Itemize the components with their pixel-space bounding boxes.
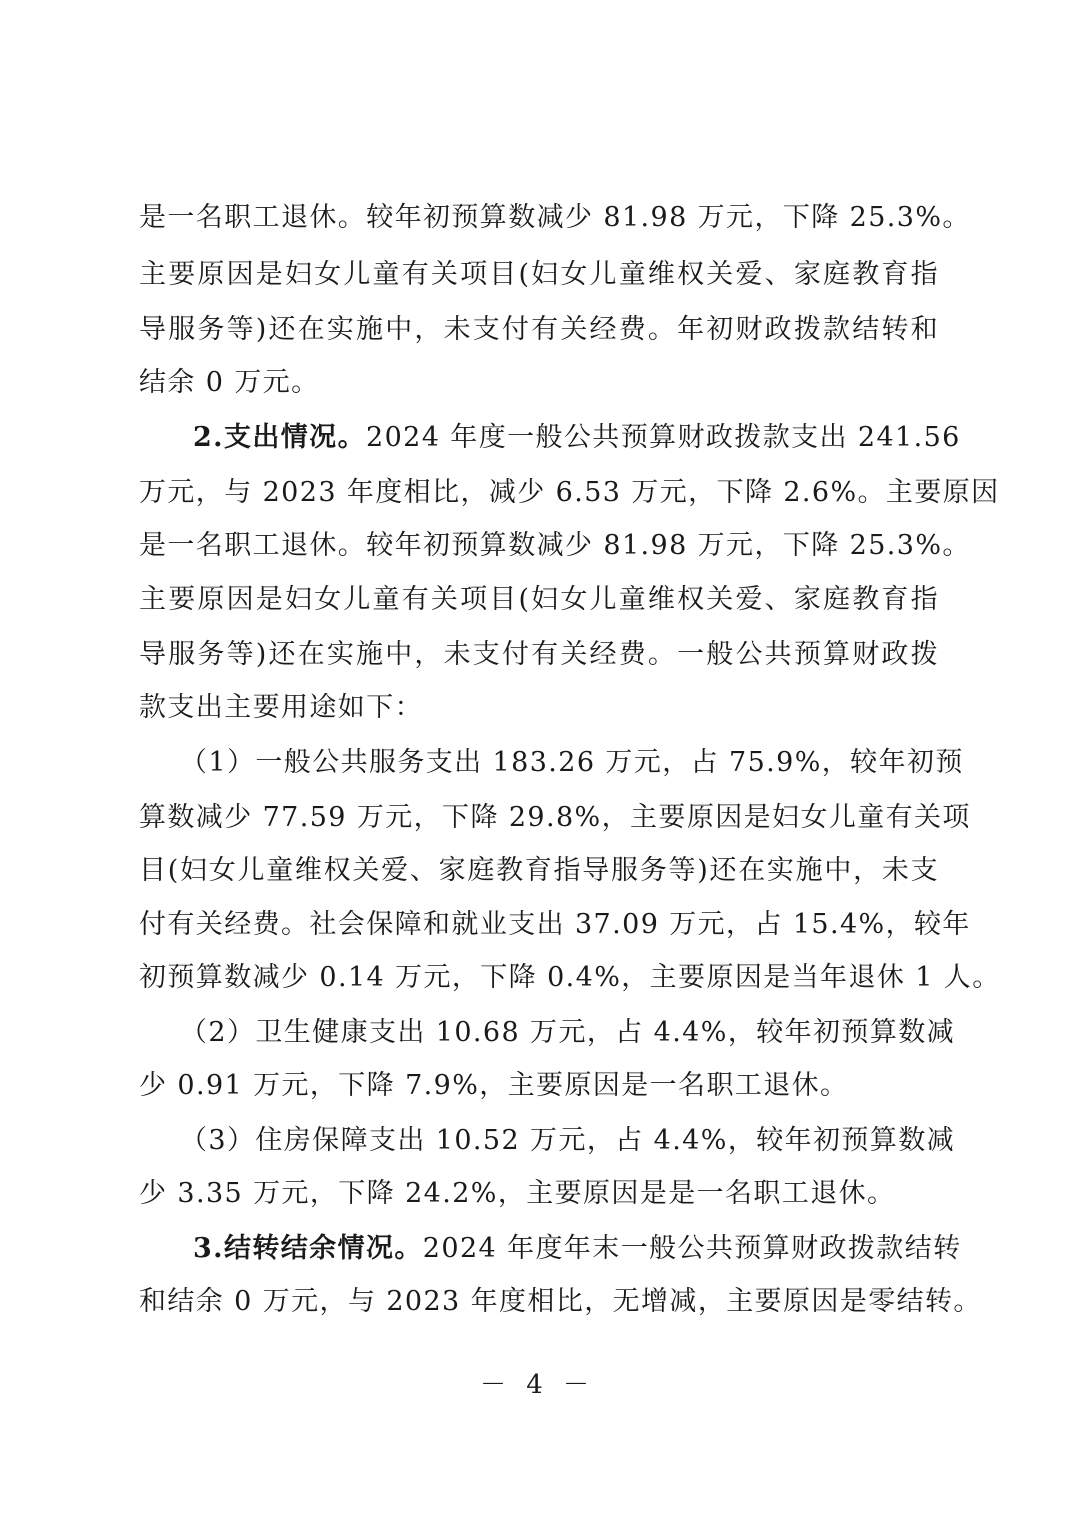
item-1-first-line: （1）一般公共服务支出 183.26 万元，占 75.9%，较年初预: [180, 745, 939, 781]
paragraph-line: 初预算数减少 0.14 万元，下降 0.4%，主要原因是当年退休 1 人。: [139, 960, 939, 996]
section-3-heading: 3.结转结余情况。: [193, 1233, 423, 1264]
section-3-text: 2024 年度年末一般公共预算财政拨款结转: [423, 1233, 962, 1264]
paragraph-line: 付有关经费。社会保障和就业支出 37.09 万元，占 15.4%，较年: [139, 907, 939, 943]
section-3-first-line: 3.结转结余情况。2024 年度年末一般公共预算财政拨款结转: [193, 1231, 939, 1267]
paragraph-line: 是一名职工退休。较年初预算数减少 81.98 万元，下降 25.3%。: [139, 200, 939, 236]
section-2-heading: 2.支出情况。: [193, 422, 366, 453]
paragraph-line: 结余 0 万元。: [139, 365, 939, 401]
paragraph-line: 导服务等)还在实施中，未支付有关经费。一般公共预算财政拨: [139, 637, 939, 673]
paragraph-line: 算数减少 77.59 万元，下降 29.8%，主要原因是妇女儿童有关项: [139, 800, 939, 836]
paragraph-line: 是一名职工退休。较年初预算数减少 81.98 万元，下降 25.3%。: [139, 528, 939, 564]
item-3-first-line: （3）住房保障支出 10.52 万元，占 4.4%，较年初预算数减: [180, 1123, 939, 1159]
item-2-first-line: （2）卫生健康支出 10.68 万元，占 4.4%，较年初预算数减: [180, 1015, 939, 1051]
paragraph-line: 主要原因是妇女儿童有关项目(妇女儿童维权关爱、家庭教育指: [139, 582, 939, 618]
section-2-first-line: 2.支出情况。2024 年度一般公共预算财政拨款支出 241.56: [193, 420, 939, 456]
document-page: 是一名职工退休。较年初预算数减少 81.98 万元，下降 25.3%。 主要原因…: [0, 0, 1075, 1520]
paragraph-line: 少 3.35 万元，下降 24.2%，主要原因是是一名职工退休。: [139, 1176, 939, 1212]
page-number: － 4 －: [0, 1368, 1075, 1402]
section-2-text: 2024 年度一般公共预算财政拨款支出 241.56: [366, 422, 961, 453]
paragraph-line: 少 0.91 万元，下降 7.9%，主要原因是一名职工退休。: [139, 1068, 939, 1104]
paragraph-line: 目(妇女儿童维权关爱、家庭教育指导服务等)还在实施中，未支: [139, 853, 939, 889]
paragraph-line: 和结余 0 万元，与 2023 年度相比，无增减，主要原因是零结转。: [139, 1284, 939, 1320]
paragraph-line: 万元，与 2023 年度相比，减少 6.53 万元，下降 2.6%。主要原因: [139, 475, 939, 511]
paragraph-line: 款支出主要用途如下：: [139, 690, 939, 726]
paragraph-line: 主要原因是妇女儿童有关项目(妇女儿童维权关爱、家庭教育指: [139, 257, 939, 293]
paragraph-line: 导服务等)还在实施中，未支付有关经费。年初财政拨款结转和: [139, 312, 939, 348]
